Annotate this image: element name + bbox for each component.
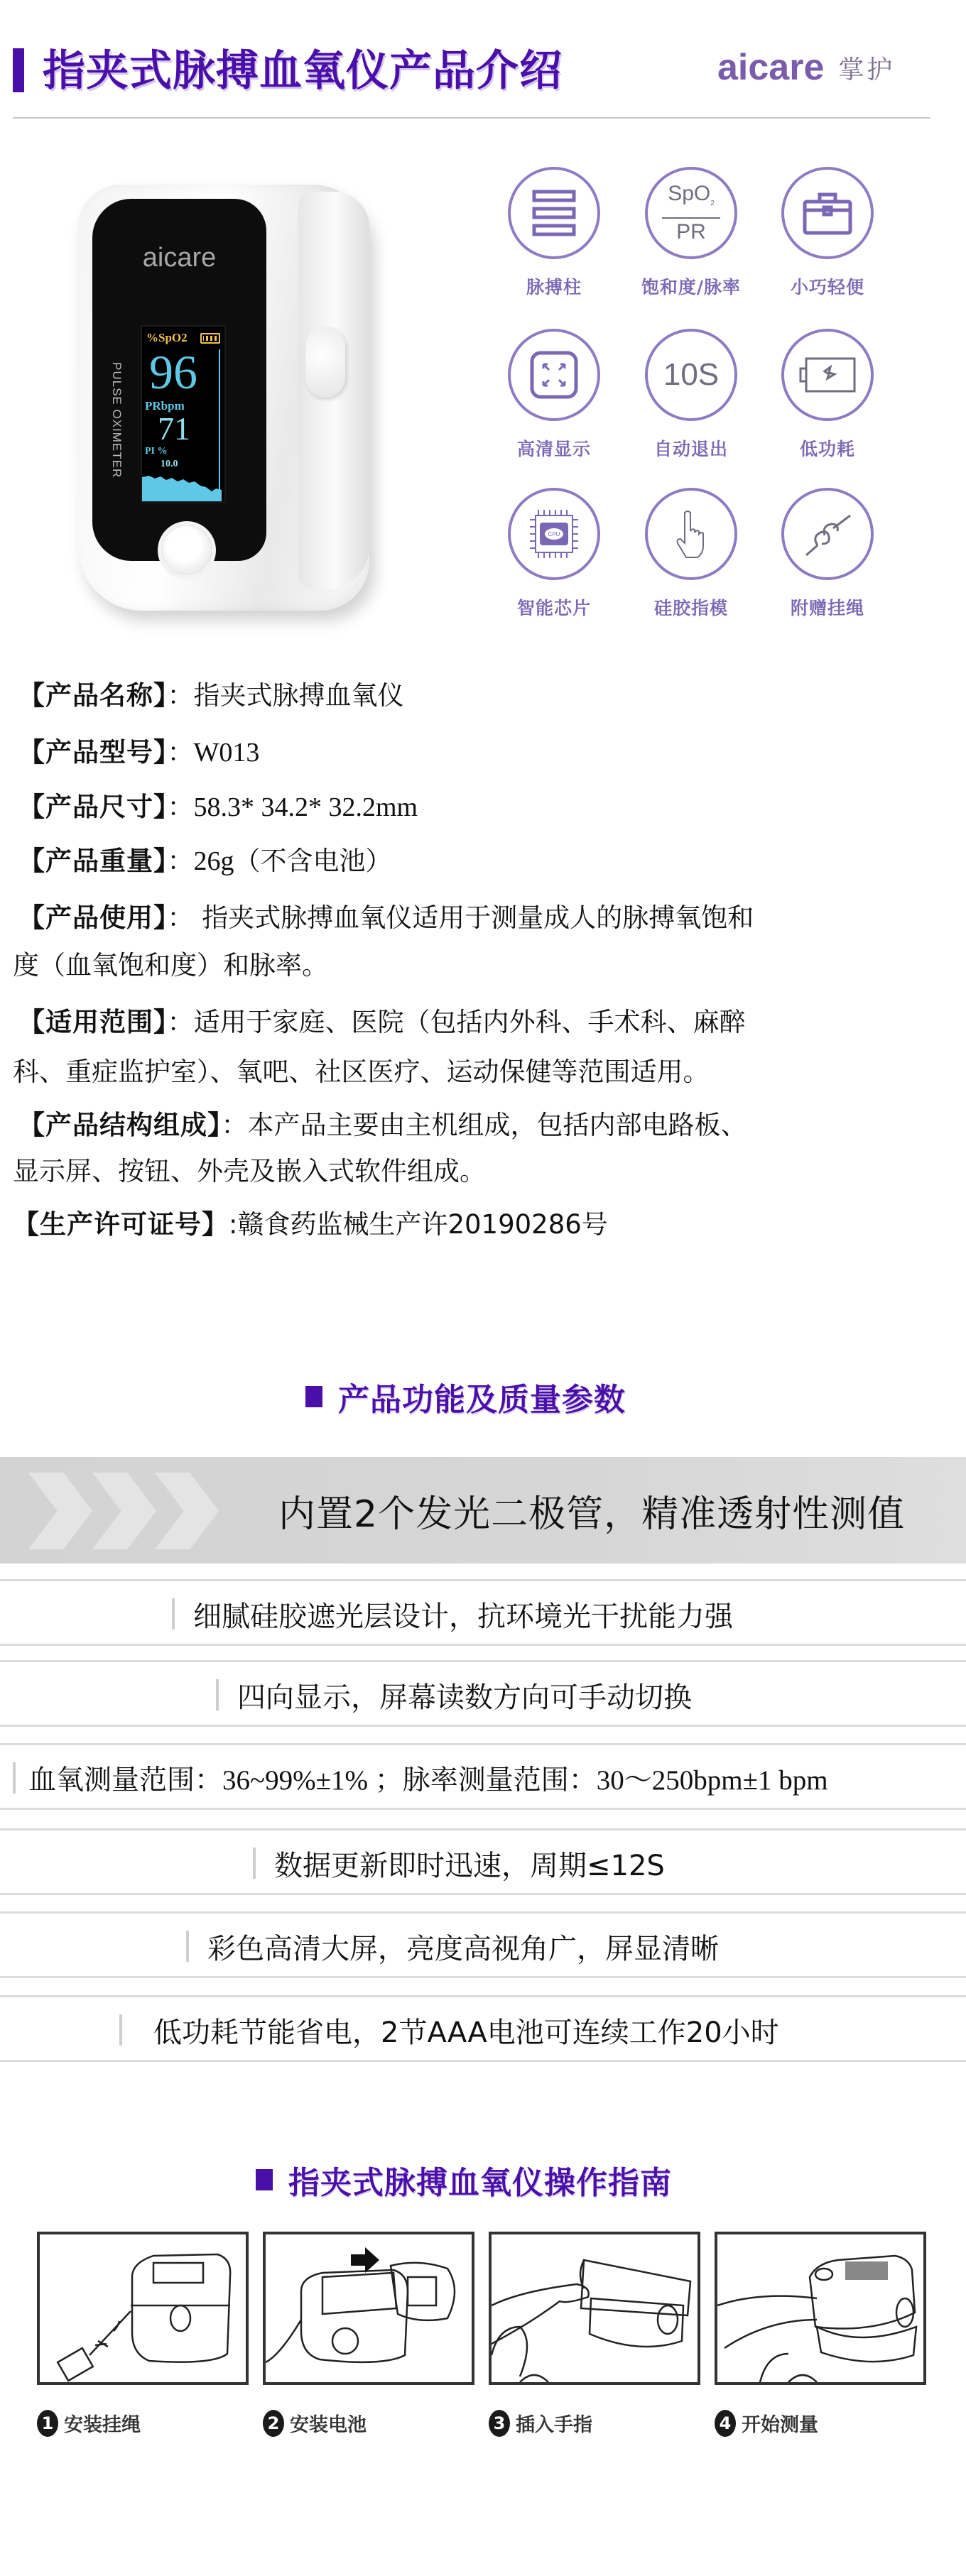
screen-pi-value: 10.0 xyxy=(161,459,178,470)
device-logo: aicare xyxy=(92,243,266,273)
step-number-badge: 1 xyxy=(37,2410,58,2437)
fullscreen-icon xyxy=(508,329,600,421)
spec-size: 【产品尺寸】：58.3* 34.2* 32.2mm xyxy=(18,790,418,825)
feature-label: 自动退出 xyxy=(627,435,755,461)
step-illustration-lanyard xyxy=(37,2232,249,2385)
device-face: aicare PULSE OXIMETER %SpO2 96 PRbpm 71 … xyxy=(92,199,266,561)
briefcase-icon xyxy=(781,167,874,259)
section-marker-icon xyxy=(305,1386,322,1407)
header-divider xyxy=(13,117,930,119)
feature-label: 小巧轻便 xyxy=(764,273,891,299)
feature-row: 细腻硅胶遮光层设计，抗环境光干扰能力强 xyxy=(0,1579,966,1646)
feature-label: 饱和度/脉率 xyxy=(627,273,755,299)
battery-icon xyxy=(200,333,220,344)
feature-pulse-bar: 脉搏柱 xyxy=(490,167,618,316)
brand-name-cn: 掌护 xyxy=(838,50,895,86)
feature-low-power: 低功耗 xyxy=(764,329,891,478)
spec-license: 【生产许可证号】:赣食药监械生产许20190286号 xyxy=(13,1207,608,1243)
feature-portable: 小巧轻便 xyxy=(764,167,891,316)
spec-structure: 【产品结构组成】：本产品主要由主机组成，包括内部电路板、 xyxy=(18,1108,747,1143)
cpu-chip-icon: CPU xyxy=(508,488,600,580)
timer-10s-icon: 10S xyxy=(645,329,737,421)
feature-label: 脉搏柱 xyxy=(490,273,618,299)
section-heading-guide: 指夹式脉搏血氧仪操作指南 xyxy=(256,2157,672,2203)
step-illustration-battery xyxy=(263,2232,474,2385)
feature-icon-grid: 脉搏柱 SpO2 PR 饱和度/脉率 小巧轻便 高清显示 10S 自动退出 xyxy=(490,167,888,621)
spec-usage-cont: 度（血氧饱和度）和脉率。 xyxy=(13,948,328,983)
spec-weight: 【产品重量】：26g（不含电池） xyxy=(18,844,392,879)
spec-scope: 【适用范围】：适用于家庭、医院（包括内外科、手术科、麻醉 xyxy=(18,1005,746,1040)
feature-hd-display: 高清显示 xyxy=(490,329,618,478)
chevron-right-icon xyxy=(155,1473,219,1549)
highlight-banner: 内置2个发光二极管，精准透射性测值 xyxy=(0,1457,966,1563)
spec-product-name: 【产品名称】：指夹式脉搏血氧仪 xyxy=(18,678,404,714)
chevron-right-icon xyxy=(28,1473,92,1549)
feature-row: 数据更新即时迅速，周期≤12S xyxy=(0,1828,966,1895)
lanyard-icon xyxy=(781,488,874,580)
screen-spo2-value: 96 xyxy=(149,348,197,396)
screen-pr-value: 71 xyxy=(158,412,190,446)
screen-spo2-label: %SpO2 xyxy=(146,331,188,345)
feature-row: 低功耗节能省电，2节AAA电池可连续工作20小时 xyxy=(0,1995,966,2062)
spo2-pr-icon: SpO2 PR xyxy=(645,167,737,259)
pulse-bar-icon xyxy=(508,167,600,259)
title-accent-bar xyxy=(13,48,24,92)
feature-label: 高清显示 xyxy=(490,435,618,461)
device-hinge-knob xyxy=(305,327,345,398)
step-illustration-measure xyxy=(715,2232,926,2385)
section-heading-quality: 产品功能及质量参数 xyxy=(305,1374,626,1419)
feature-row: 四向显示，屏幕读数方向可手动切换 xyxy=(0,1660,966,1727)
step-illustration-insert-finger xyxy=(489,2232,700,2385)
pleth-waveform-icon xyxy=(142,473,222,501)
battery-icon xyxy=(781,329,874,421)
device-screen: %SpO2 96 PRbpm 71 PI % 10.0 xyxy=(141,325,226,503)
feature-label: 附赠挂绳 xyxy=(764,594,891,620)
guide-step-1: 1 安装挂绳 xyxy=(37,2232,249,2385)
device-side-label: PULSE OXIMETER xyxy=(102,362,124,504)
feature-label: 硅胶指模 xyxy=(627,594,755,620)
feature-spo2-pr: SpO2 PR 饱和度/脉率 xyxy=(627,167,755,316)
feature-lanyard: 附赠挂绳 xyxy=(764,488,891,637)
step-number-badge: 3 xyxy=(489,2410,510,2437)
spec-structure-cont: 显示屏、按钮、外壳及嵌入式软件组成。 xyxy=(13,1154,486,1189)
power-button-icon xyxy=(162,525,212,575)
guide-step-4: 4 开始测量 xyxy=(715,2232,926,2385)
section-marker-icon xyxy=(256,2169,273,2190)
svg-text:CPU: CPU xyxy=(548,531,560,537)
guide-step-2: 2 安装电池 xyxy=(263,2232,474,2385)
brand-name-en: aicare xyxy=(717,46,824,89)
feature-row: 血氧测量范围：36~99%±1% ；脉率测量范围：30～250bpm±1 bpm xyxy=(0,1743,966,1810)
feature-smart-chip: CPU 智能芯片 xyxy=(490,488,618,637)
product-image: aicare PULSE OXIMETER %SpO2 96 PRbpm 71 … xyxy=(64,170,376,625)
feature-silicone-pad: 硅胶指模 xyxy=(627,488,755,637)
feature-label: 智能芯片 xyxy=(490,594,618,620)
spec-usage: 【产品使用】： 指夹式脉搏血氧仪适用于测量成人的脉搏氧饱和 xyxy=(18,900,754,936)
step-number-badge: 4 xyxy=(715,2410,736,2437)
screen-pi-label: PI % xyxy=(145,446,168,457)
feature-label: 低功耗 xyxy=(764,435,891,461)
banner-text: 内置2个发光二极管，精准透射性测值 xyxy=(278,1484,905,1537)
chevron-right-icon xyxy=(92,1473,156,1549)
feature-row: 彩色高清大屏，亮度高视角广，屏显清晰 xyxy=(0,1911,966,1978)
feature-auto-off: 10S 自动退出 xyxy=(627,329,755,478)
guide-step-3: 3 插入手指 xyxy=(489,2232,700,2385)
page-title: 指夹式脉搏血氧仪产品介绍 xyxy=(43,41,563,101)
pulse-bar-indicator xyxy=(219,349,220,491)
brand-logo: aicare 掌护 xyxy=(717,43,895,92)
spec-model: 【产品型号】：W013 xyxy=(18,735,259,770)
spec-scope-cont: 科、重症监护室）、氧吧、社区医疗、运动保健等范围适用。 xyxy=(13,1054,710,1090)
finger-icon xyxy=(645,488,737,580)
step-number-badge: 2 xyxy=(263,2410,284,2437)
